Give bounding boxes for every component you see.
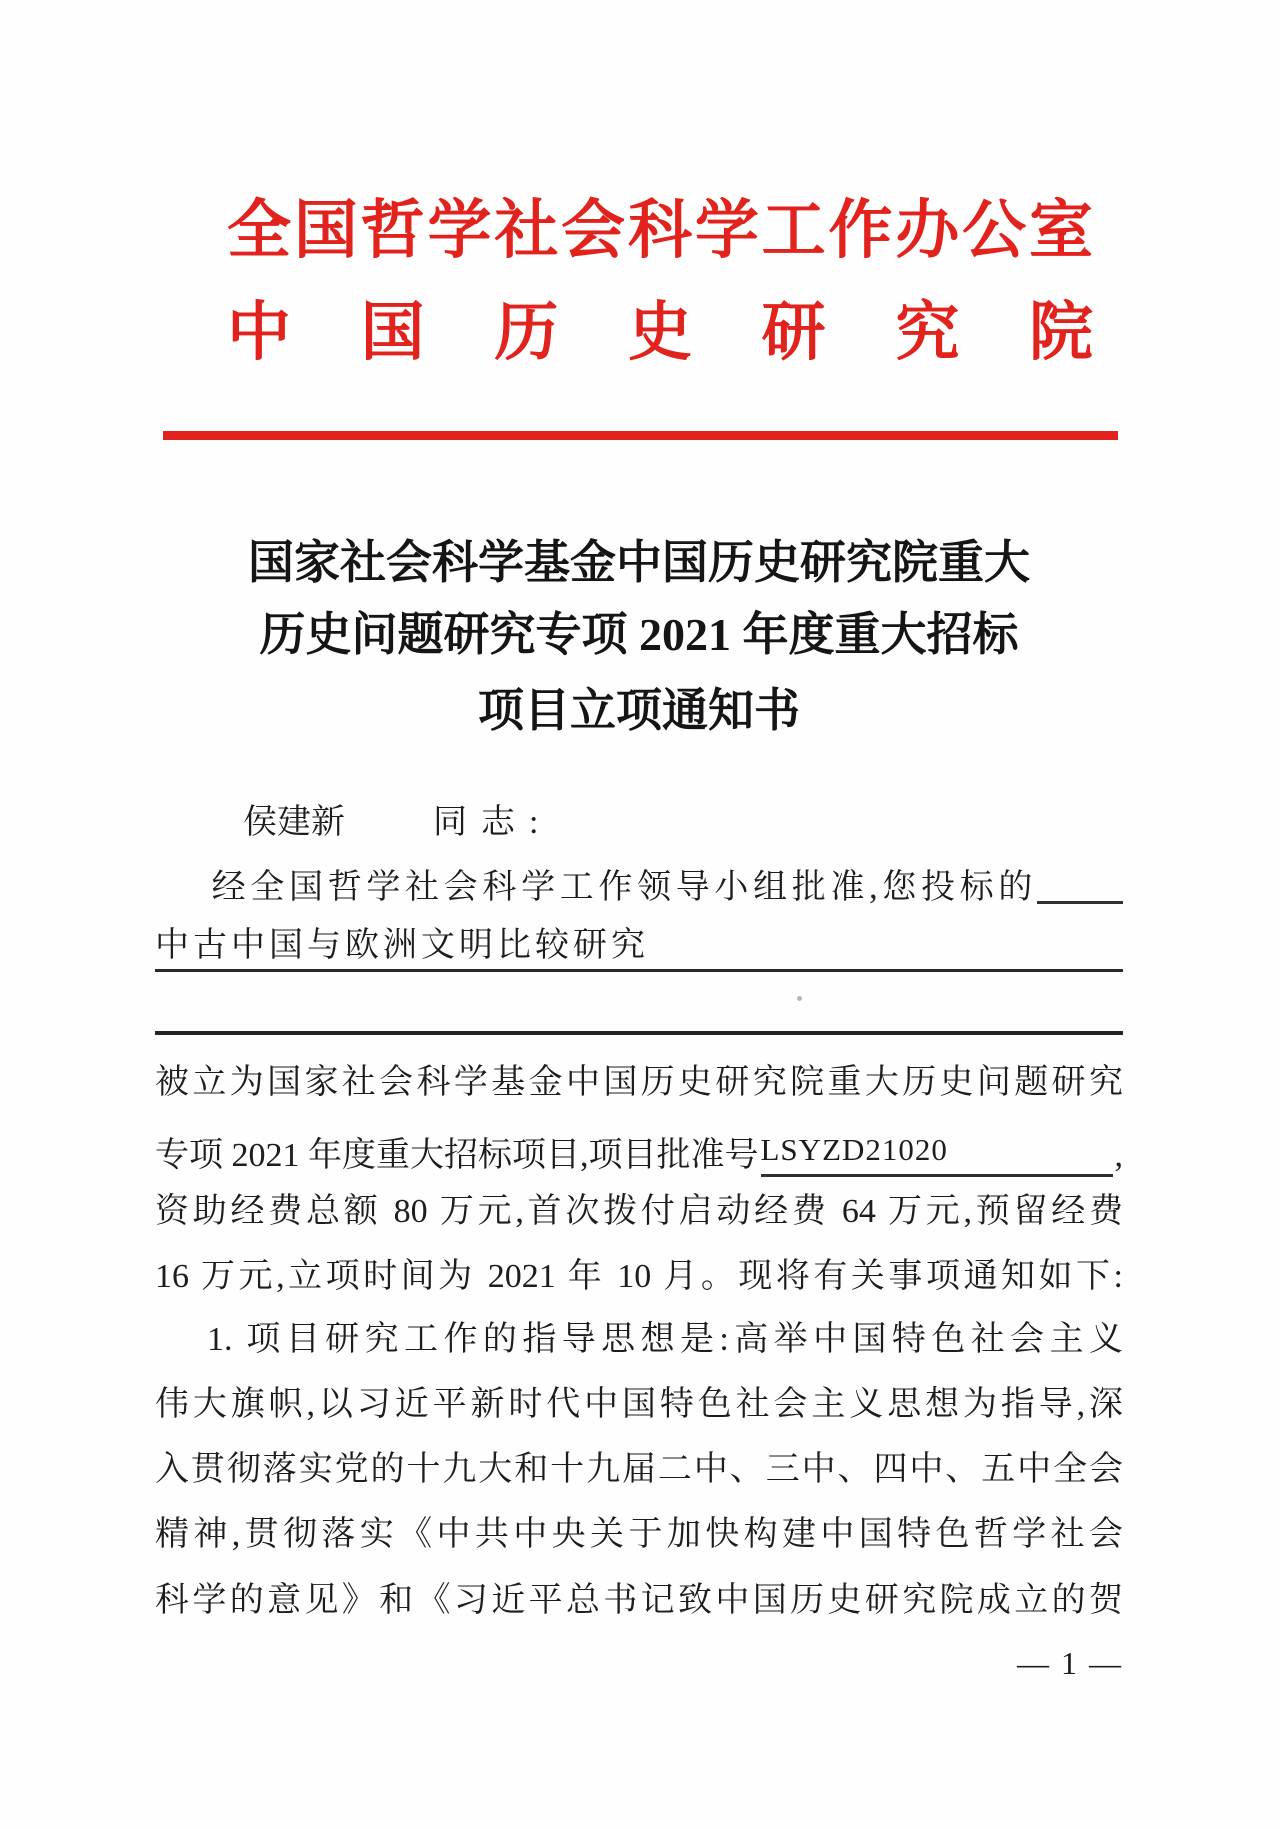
approval-number: LSYZD21020 [761, 1131, 1113, 1168]
body-line-2: 专项 2021 年度重大招标项目,项目批准号 LSYZD21020 , [155, 1126, 1123, 1177]
document-page: 全国哲学社会科学工作办公室 中国历史研究院 国家社会科学基金中国历史研究院重大 … [0, 0, 1280, 1829]
item1-line-2: 伟大旗帜,以习近平新时代中国特色社会主义思想为指导,深 [155, 1385, 1123, 1426]
approval-number-underline: LSYZD21020 [761, 1126, 1113, 1177]
project-name: 中古中国与欧洲文明比较研究 [155, 927, 649, 964]
recipient-name: 侯建新 [243, 806, 345, 840]
item1-line-4: 精神,贯彻落实《中共中央关于加快构建中国特色哲学社会 [155, 1515, 1123, 1556]
item1-line-1: 1. 项目研究工作的指导思想是:高举中国特色社会主义 [155, 1320, 1123, 1361]
body-line-3: 资助经费总额 80 万元,首次拨付启动经费 64 万元,预留经费 [155, 1192, 1123, 1233]
blank-underline-short [1037, 901, 1123, 904]
intro-text: 经全国哲学社会科学工作领导小组批准,您投标的 [207, 869, 1037, 906]
letterhead-red-divider [163, 431, 1118, 440]
body-line-4: 16 万元,立项时间为 2021 年 10 月。现将有关事项通知如下: [155, 1257, 1123, 1298]
project-name-line: 中古中国与欧洲文明比较研究 [155, 926, 1123, 972]
item1-line-3: 入贯彻落实党的十九大和十九届二中、三中、四中、五中全会 [155, 1450, 1123, 1491]
body-line-1: 被立为国家社会科学基金中国历史研究院重大历史问题研究 [155, 1063, 1123, 1104]
item1-line-5: 科学的意见》和《习近平总书记致中国历史研究院成立的贺 [155, 1581, 1123, 1622]
intro-line: 经全国哲学社会科学工作领导小组批准,您投标的 [155, 868, 1123, 909]
salutation-suffix: 同志: [433, 806, 552, 840]
approval-line-suffix: , [1115, 1136, 1124, 1177]
document-title-line-2: 历史问题研究专项 2021 年度重大招标 [155, 612, 1123, 658]
scan-artifact-dot [797, 996, 802, 1001]
letterhead-org-line-2: 中国历史研究院 [227, 298, 1093, 368]
document-title-line-1: 国家社会科学基金中国历史研究院重大 [155, 540, 1123, 586]
letterhead-org-line-1: 全国哲学社会科学工作办公室 [227, 196, 1093, 266]
page-number: — 1 — [155, 1645, 1123, 1682]
section-divider-rule [155, 1031, 1123, 1035]
approval-line-prefix: 专项 2021 年度重大招标项目,项目批准号 [155, 1136, 759, 1177]
document-title-line-3: 项目立项通知书 [155, 688, 1123, 734]
